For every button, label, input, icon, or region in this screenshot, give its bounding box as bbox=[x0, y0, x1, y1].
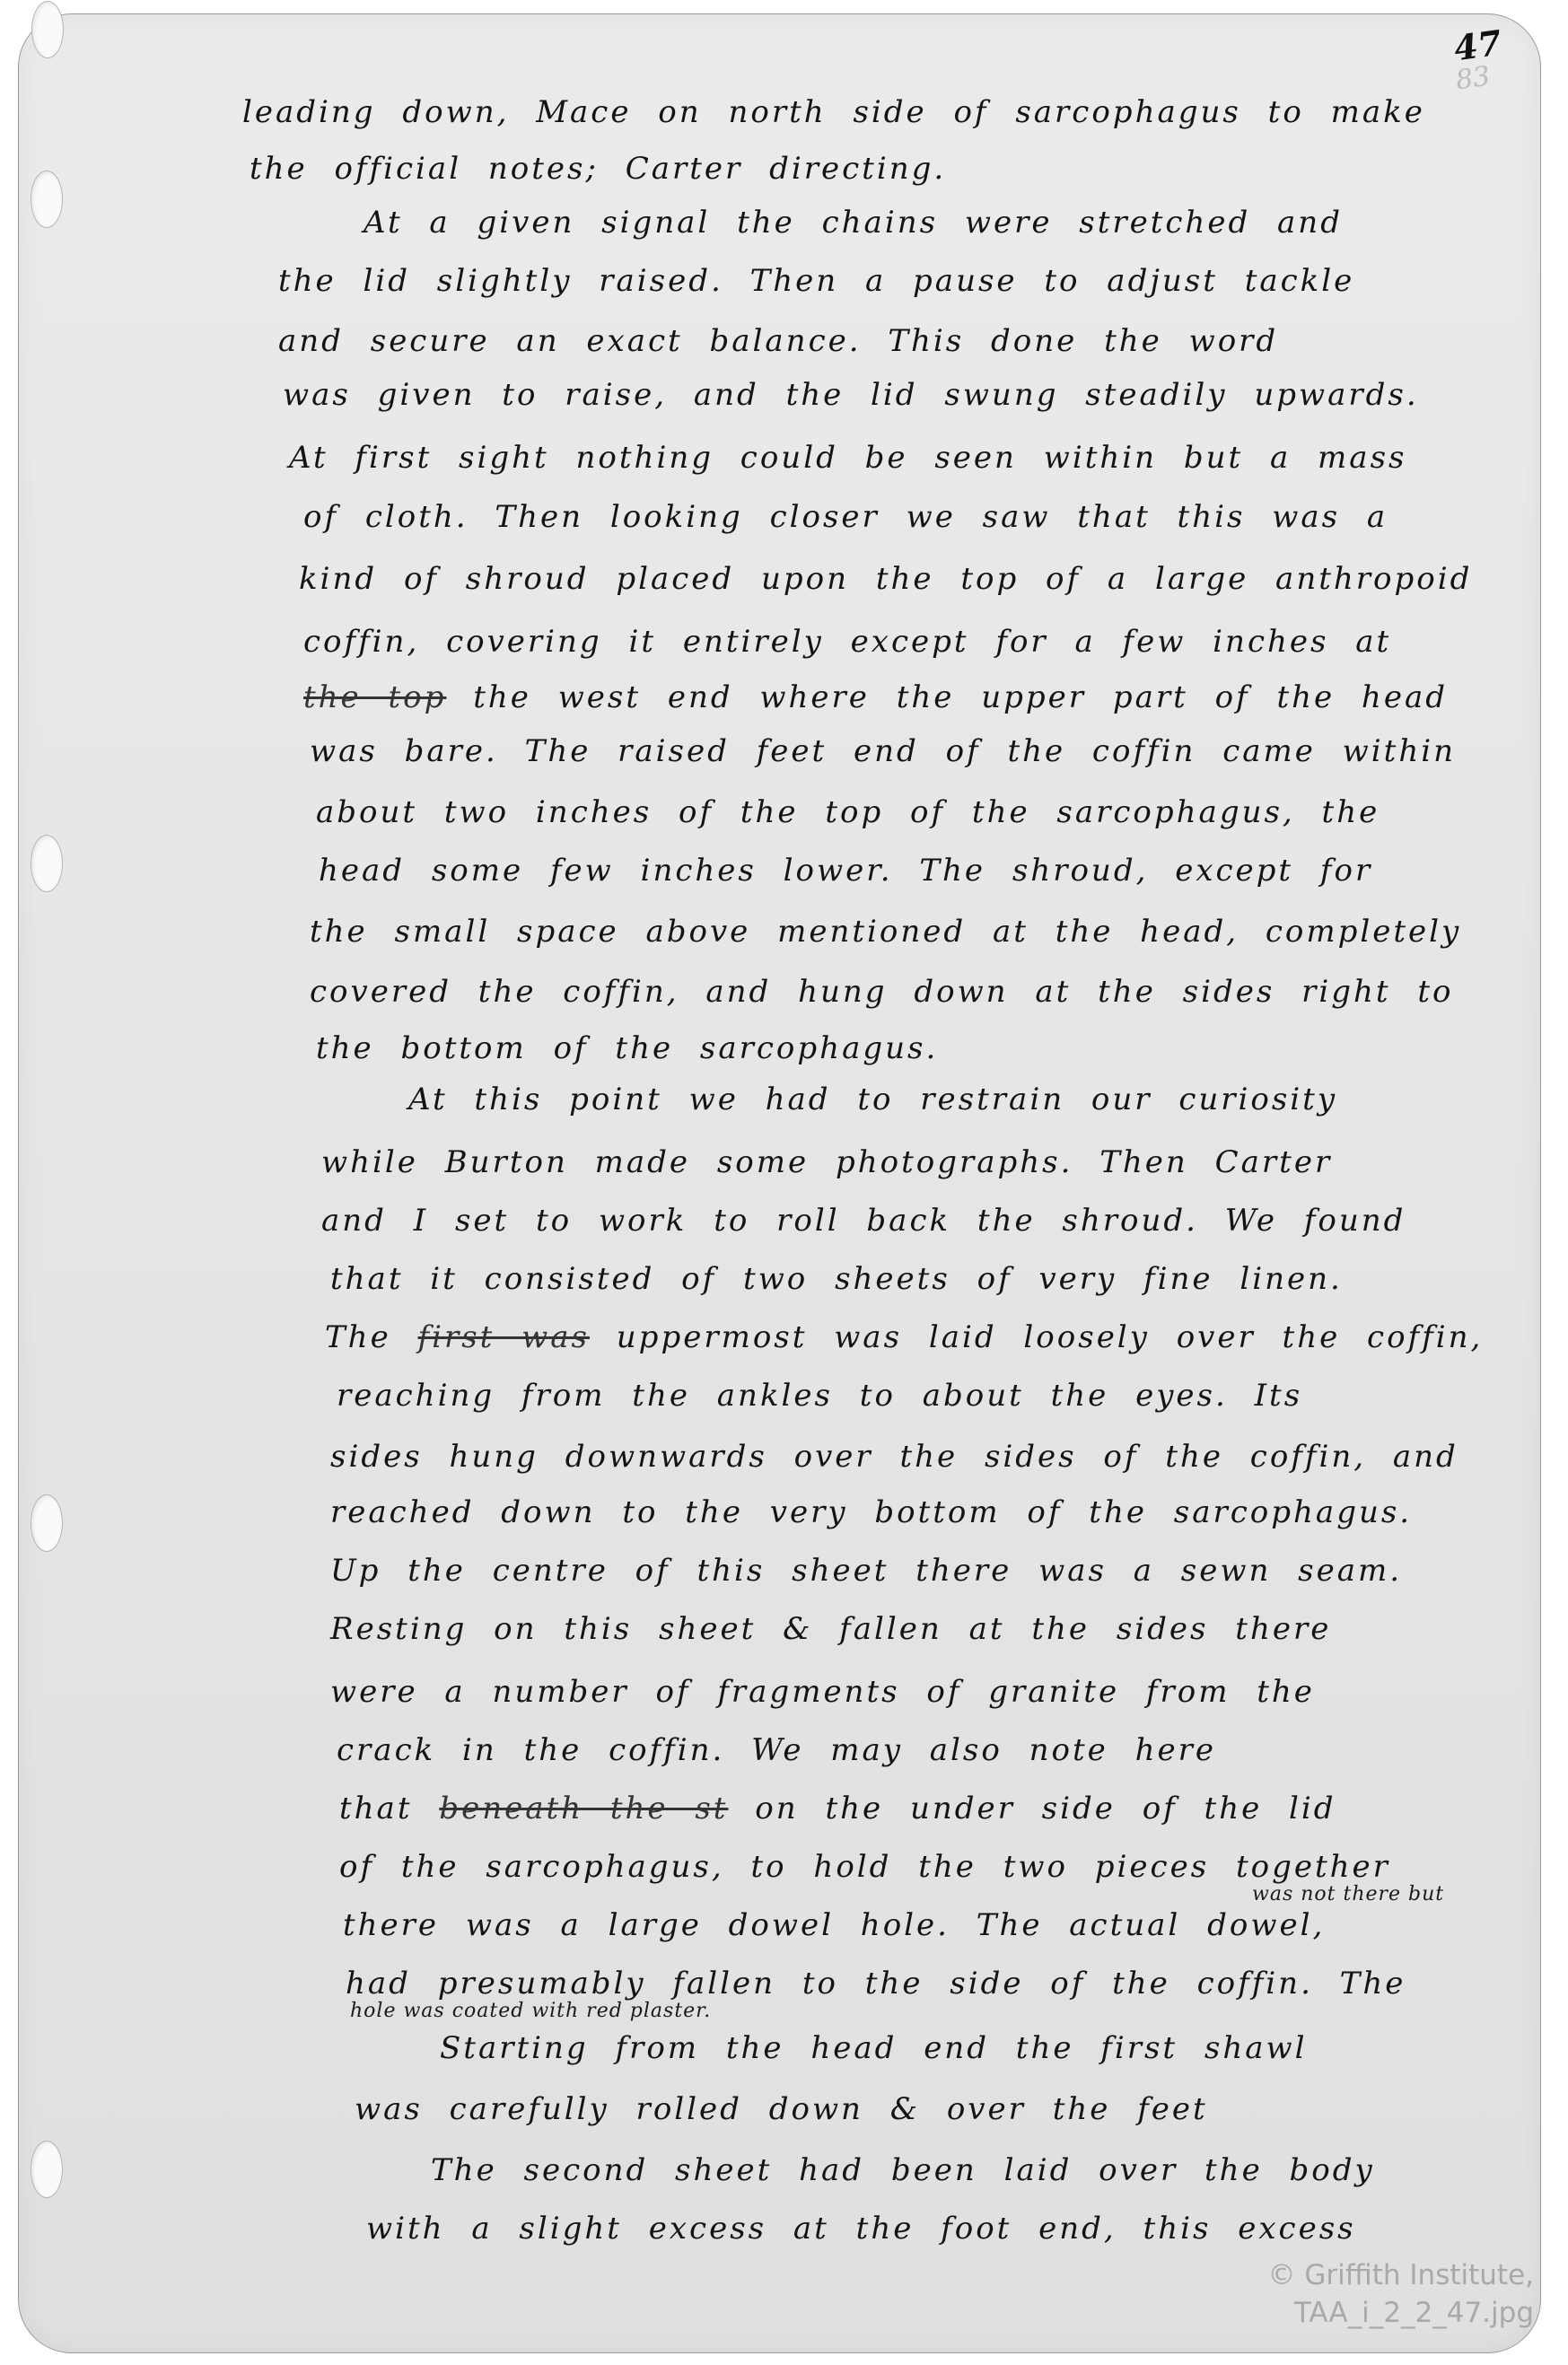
handwritten-line: that beneath the st on the under side of… bbox=[339, 1791, 1336, 1826]
handwritten-line: that it consisted of two sheets of very … bbox=[330, 1261, 1343, 1297]
handwritten-line: the lid slightly raised. Then a pause to… bbox=[278, 263, 1354, 299]
handwritten-line: and I set to work to roll back the shrou… bbox=[321, 1203, 1406, 1239]
handwritten-line: Starting from the head end the first sha… bbox=[440, 2030, 1308, 2066]
handwritten-line: The first was uppermost was laid loosely… bbox=[325, 1319, 1483, 1355]
handwritten-line: and secure an exact balance. This done t… bbox=[278, 323, 1278, 359]
handwritten-line: were a number of fragments of granite fr… bbox=[330, 1674, 1315, 1710]
handwritten-line: there was a large dowel hole. The actual… bbox=[343, 1907, 1325, 1943]
handwritten-line: The second sheet had been laid over the … bbox=[431, 2152, 1375, 2188]
handwritten-line: At this point we had to restrain our cur… bbox=[408, 1082, 1337, 1117]
handwritten-line: the small space above mentioned at the h… bbox=[310, 914, 1461, 950]
handwritten-line: head some few inches lower. The shroud, … bbox=[319, 853, 1372, 889]
interlinear-insertion: hole was coated with red plaster. bbox=[350, 2000, 711, 2022]
handwritten-line: reached down to the very bottom of the s… bbox=[330, 1494, 1412, 1530]
punch-hole-4 bbox=[31, 2141, 63, 2198]
manuscript-page bbox=[18, 13, 1541, 2353]
handwritten-line: covered the coffin, and hung down at the… bbox=[310, 974, 1453, 1010]
handwritten-line: At first sight nothing could be seen wit… bbox=[289, 440, 1406, 476]
handwritten-line: the top the west end where the upper par… bbox=[303, 679, 1448, 715]
page-number-old: 83 bbox=[1454, 61, 1493, 97]
handwritten-line: of cloth. Then looking closer we saw tha… bbox=[303, 499, 1388, 535]
watermark-filename: TAA_i_2_2_47.jpg bbox=[1294, 2297, 1534, 2329]
struck-through-text: the top bbox=[303, 679, 446, 715]
handwritten-line: of the sarcophagus, to hold the two piec… bbox=[339, 1849, 1390, 1885]
handwritten-line: with a slight excess at the foot end, th… bbox=[366, 2211, 1356, 2247]
handwritten-line: crack in the coffin. We may also note he… bbox=[337, 1732, 1216, 1768]
handwritten-line: was given to raise, and the lid swung st… bbox=[283, 377, 1419, 413]
handwritten-line: was bare. The raised feet end of the cof… bbox=[310, 733, 1456, 769]
punch-hole-1 bbox=[31, 171, 63, 228]
handwritten-line: kind of shroud placed upon the top of a … bbox=[299, 561, 1472, 597]
handwritten-line: coffin, covering it entirely except for … bbox=[303, 624, 1391, 660]
watermark-copyright: © Griffith Institute, bbox=[1268, 2259, 1534, 2291]
handwritten-line: the official notes; Carter directing. bbox=[250, 151, 946, 187]
handwritten-line: reaching from the ankles to about the ey… bbox=[337, 1378, 1302, 1414]
struck-through-text: beneath the st bbox=[439, 1791, 728, 1826]
handwritten-line: sides hung downwards over the sides of t… bbox=[330, 1439, 1459, 1475]
handwritten-line: Resting on this sheet & fallen at the si… bbox=[330, 1611, 1331, 1647]
punch-hole-2 bbox=[31, 835, 63, 892]
handwritten-line: had presumably fallen to the side of the… bbox=[346, 1966, 1406, 2001]
handwritten-line: about two inches of the top of the sarco… bbox=[316, 794, 1380, 830]
handwritten-line: leading down, Mace on north side of sarc… bbox=[242, 94, 1425, 130]
handwritten-line: At a given signal the chains were stretc… bbox=[364, 205, 1343, 241]
interlinear-insertion: was not there but bbox=[1252, 1883, 1444, 1905]
struck-through-text: first was bbox=[418, 1319, 590, 1355]
punch-hole-3 bbox=[31, 1494, 63, 1552]
punch-hole-top bbox=[31, 1, 64, 58]
handwritten-line: was carefully rolled down & over the fee… bbox=[355, 2091, 1208, 2127]
handwritten-line: while Burton made some photographs. Then… bbox=[321, 1144, 1332, 1180]
handwritten-line: the bottom of the sarcophagus. bbox=[316, 1030, 938, 1066]
handwritten-line: Up the centre of this sheet there was a … bbox=[330, 1553, 1402, 1589]
